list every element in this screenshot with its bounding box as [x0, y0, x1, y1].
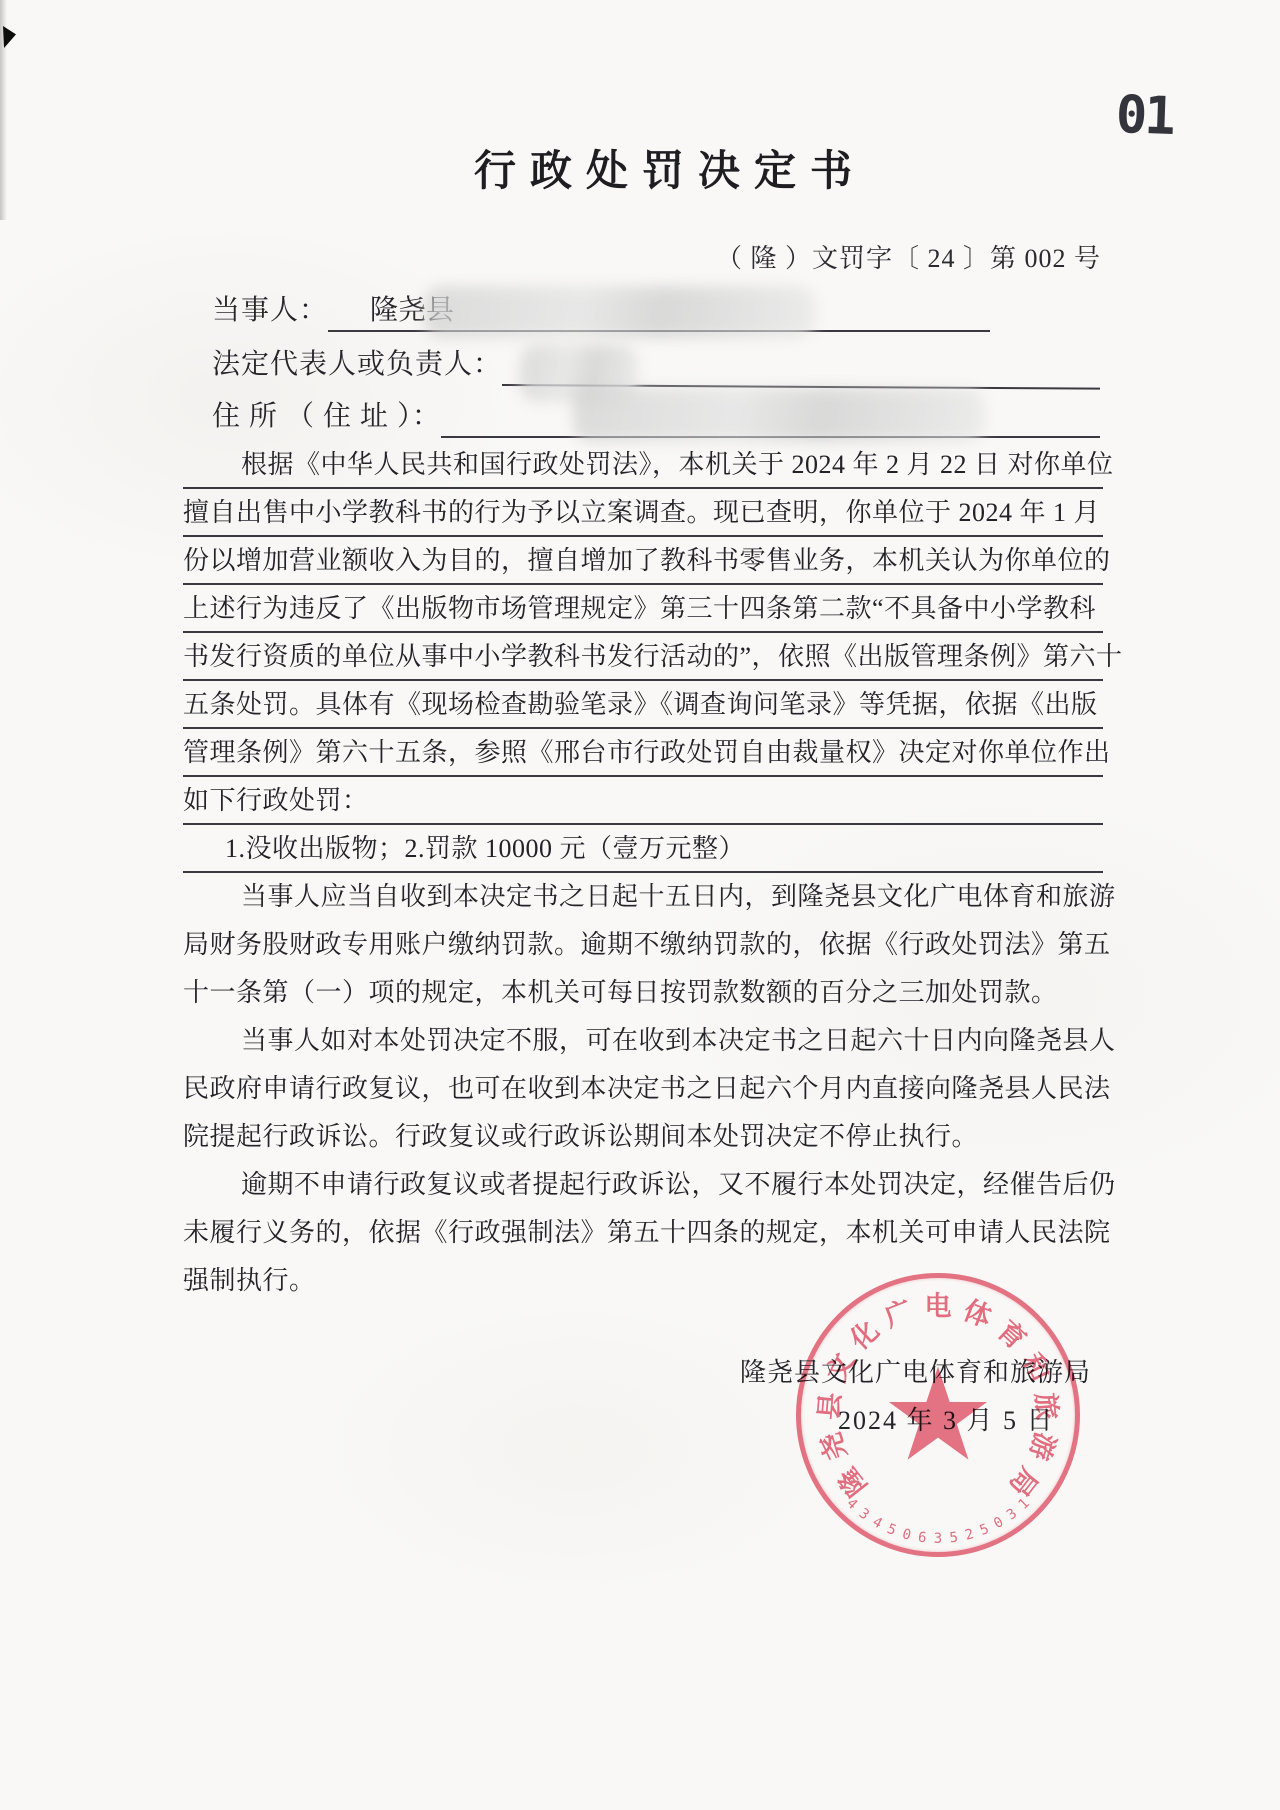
- body-line: 院提起行政诉讼。行政复议或行政诉讼期间本处罚决定不停止执行。: [183, 1113, 1103, 1161]
- body-line: 份以增加营业额收入为目的，擅自增加了教科书零售业务，本机关认为你单位的: [183, 537, 1103, 585]
- body-line: 擅自出售中小学教科书的行为予以立案调查。现已查明，你单位于 2024 年 1 月: [183, 489, 1103, 537]
- field-party: 当事人： 隆尧县: [212, 286, 990, 332]
- seal-arc-char: 县: [816, 1392, 845, 1421]
- star-icon: ★: [881, 1352, 996, 1480]
- seal-arc-char: 电: [925, 1294, 952, 1321]
- body-line: 逾期不申请行政复议或者提起行政诉讼，又不履行本处罚决定，经催告后仍: [183, 1161, 1103, 1209]
- body-line: 根据《中华人民共和国行政处罚法》，本机关于 2024 年 2 月 22 日 对你…: [183, 441, 1103, 489]
- legal-rep-label: 法定代表人或负责人：: [212, 342, 502, 386]
- field-address: 住 所 （ 住 址 ）：: [212, 392, 1100, 438]
- official-seal-stamp: ★ 隆尧县文化广电体育和旅游局1305253605434: [796, 1273, 1080, 1557]
- address-label: 住 所 （ 住 址 ）：: [212, 394, 441, 438]
- body-line: 未履行义务的，依据《行政强制法》第五十四条的规定，本机关可申请人民法院: [183, 1209, 1103, 1257]
- body-line: 管理条例》第六十五条，参照《邢台市行政处罚自由裁量权》决定对你单位作出: [183, 729, 1103, 777]
- seal-arc-char: 旅: [1031, 1392, 1060, 1421]
- body-line: 民政府申请行政复议，也可在收到本决定书之日起六个月内直接向隆尧县人民法: [183, 1065, 1103, 1113]
- field-legal-rep: 法定代表人或负责人：: [212, 340, 1100, 386]
- seal-serial-digit: 5: [949, 1531, 959, 1546]
- seal-serial-digit: 3: [934, 1532, 942, 1546]
- legal-rep-fill-line: [502, 340, 1100, 390]
- body-line: 如下行政处罚：: [183, 777, 1103, 825]
- party-label: 当事人：: [212, 288, 328, 332]
- scan-artifact-corner: [3, 26, 16, 48]
- body-line: 当事人应当自收到本决定书之日起十五日内，到隆尧县文化广电体育和旅游: [183, 873, 1103, 921]
- seal-serial-digit: 6: [917, 1531, 927, 1546]
- body-text: 根据《中华人民共和国行政处罚法》，本机关于 2024 年 2 月 22 日 对你…: [183, 441, 1103, 1305]
- address-fill-line: [441, 392, 1100, 438]
- body-line: 五条处罚。具体有《现场检查勘验笔录》《调查询问笔录》等凭据，依据《出版: [183, 681, 1103, 729]
- redaction-blur: [424, 286, 816, 338]
- document-title: 行政处罚决定书: [0, 138, 1280, 198]
- body-line: 当事人如对本处罚决定不服，可在收到本决定书之日起六十日内向隆尧县人: [183, 1017, 1103, 1065]
- document-page: 01 行政处罚决定书 （ 隆 ）文罚字〔 24 〕第 002 号 当事人： 隆尧…: [0, 0, 1280, 1810]
- party-fill-line: 隆尧县: [328, 286, 990, 332]
- body-line: 书发行资质的单位从事中小学教科书发行活动的”，依照《出版管理条例》第六十: [183, 633, 1103, 681]
- redaction-blur: [573, 388, 985, 442]
- document-number: （ 隆 ）文罚字〔 24 〕第 002 号: [716, 238, 1101, 275]
- body-line: 1.没收出版物；2.罚款 10000 元（壹万元整）: [183, 825, 1103, 873]
- body-line: 十一条第（一）项的规定，本机关可每日按罚款数额的百分之三加处罚款。: [183, 969, 1103, 1017]
- body-line: 局财务股财政专用账户缴纳罚款。逾期不缴纳罚款的，依据《行政处罚法》第五: [183, 921, 1103, 969]
- body-line: 上述行为违反了《出版物市场管理规定》第三十四条第二款“不具备中小学教科: [183, 585, 1103, 633]
